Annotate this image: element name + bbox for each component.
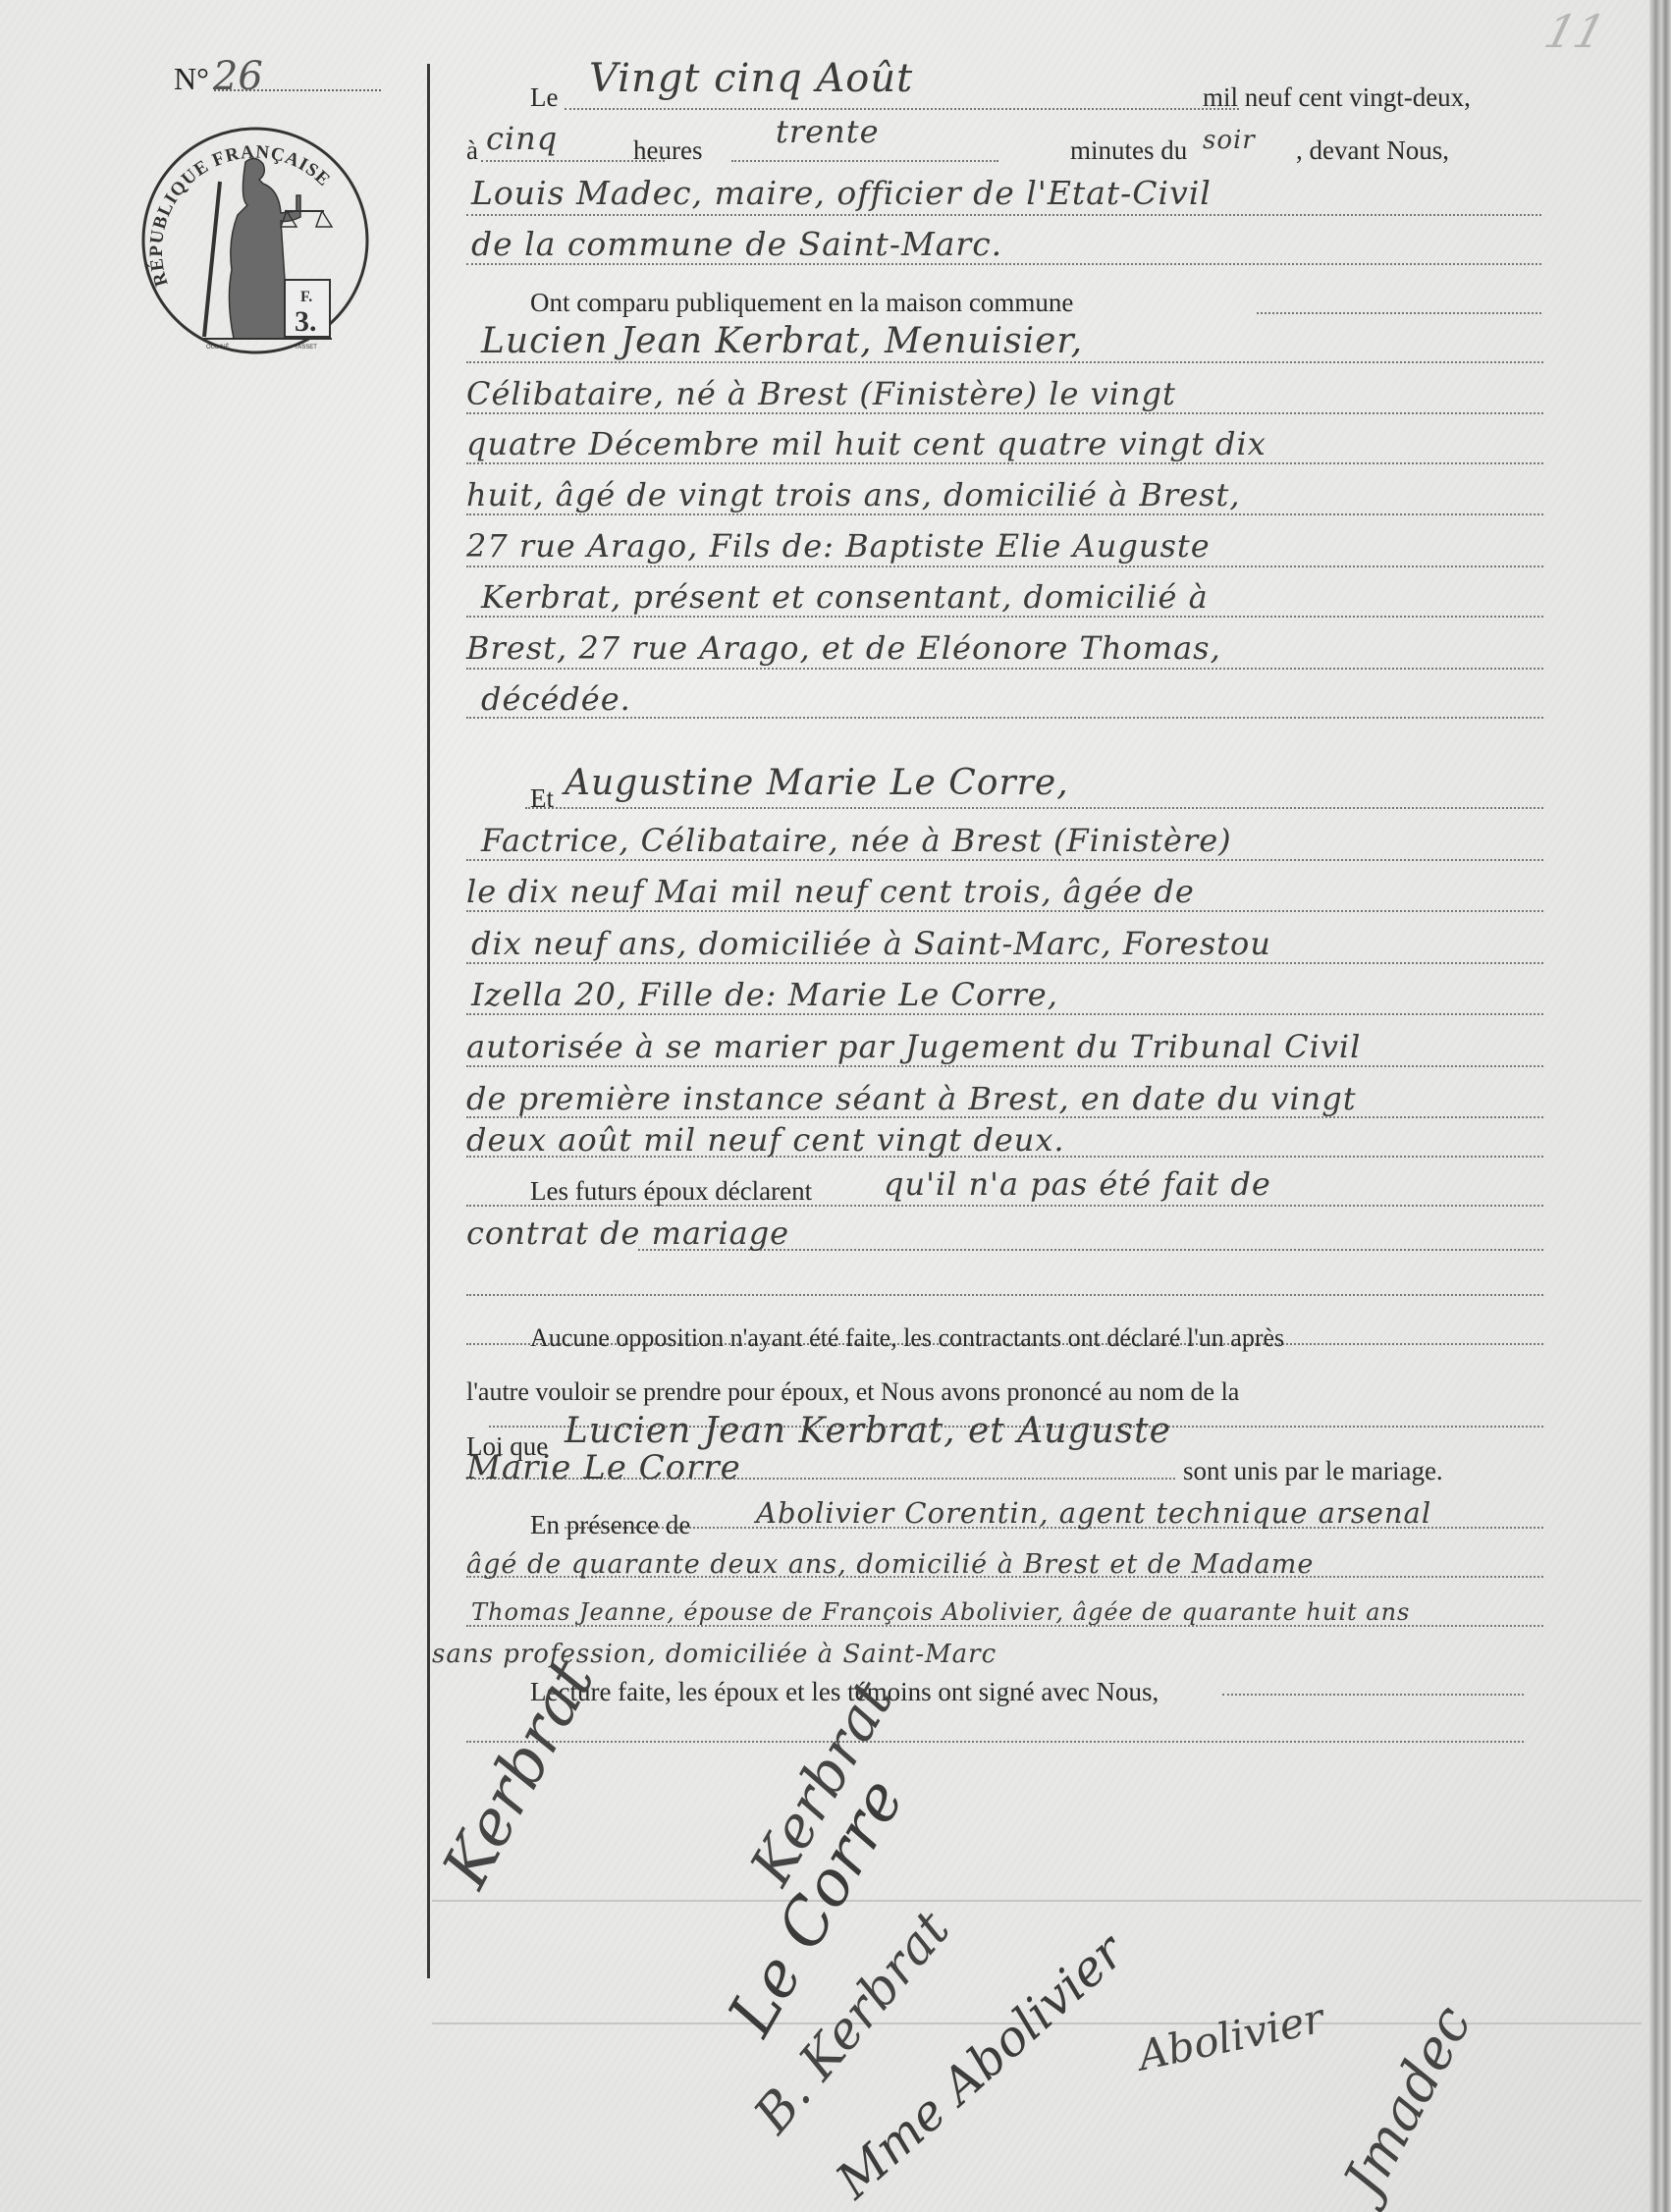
act-number: N°26	[174, 54, 263, 99]
printed-minutes-du: minutes du	[1070, 137, 1187, 164]
printed-sont-unis: sont unis par le mariage.	[1183, 1458, 1443, 1484]
republique-francaise-fiscal-stamp-icon: RÉPUBLIQUE FRANÇAISE F. 3. OUDINÉ TASSET	[137, 123, 373, 358]
ruled-line	[525, 807, 1543, 809]
groom-line: huit, âgé de vingt trois ans, domicilié …	[466, 479, 1241, 511]
witness-line: âgé de quarante deux ans, domicilié à Br…	[466, 1551, 1314, 1578]
bride-line: Augustine Marie Le Corre,	[565, 766, 1069, 801]
groom-line: 27 rue Arago, Fils de: Baptiste Elie Aug…	[466, 530, 1211, 562]
groom-line: décédée.	[481, 683, 631, 715]
svg-text:F.: F.	[300, 289, 312, 305]
hand-date: Vingt cinq Août	[589, 59, 913, 98]
ruled-line	[466, 361, 1543, 363]
bride-line: le dix neuf Mai mil neuf cent trois, âgé…	[466, 876, 1195, 907]
witness-line: Thomas Jeanne, épouse de François Aboliv…	[471, 1600, 1410, 1624]
act-number-label: N°	[174, 61, 209, 96]
hand-contract-1: qu'il n'a pas été fait de	[884, 1168, 1271, 1200]
ruled-line	[466, 263, 1541, 265]
signature-guide-line	[432, 1900, 1642, 1902]
witness-line: Abolivier Corentin, agent technique arse…	[756, 1499, 1431, 1528]
printed-devant-nous: , devant Nous,	[1296, 137, 1449, 164]
ruled-line	[466, 214, 1541, 216]
book-binding-edge	[1649, 0, 1671, 2212]
ruled-line	[466, 962, 1543, 964]
ruled-line	[466, 1741, 1524, 1743]
printed-a: à	[466, 137, 478, 164]
hand-union-2: Marie Le Corre	[466, 1451, 741, 1484]
witness-line: sans profession, domiciliée à Saint-Marc	[432, 1642, 997, 1667]
bride-line: de première instance séant à Brest, en d…	[466, 1083, 1357, 1114]
margin-rule	[427, 64, 430, 1978]
svg-text:OUDINÉ: OUDINÉ	[206, 344, 229, 351]
hand-union-1: Lucien Jean Kerbrat, et Auguste	[565, 1414, 1171, 1449]
ruled-line	[466, 1294, 1543, 1296]
groom-line: Brest, 27 rue Arago, et de Eléonore Thom…	[466, 632, 1221, 664]
hand-minutes: trente	[776, 116, 880, 147]
bride-line: autorisée à se marier par Jugement du Tr…	[466, 1031, 1361, 1062]
act-number-line	[214, 89, 381, 91]
ruled-line	[466, 1013, 1543, 1015]
ruled-line	[731, 160, 998, 162]
groom-line: Célibataire, né à Brest (Finistère) le v…	[466, 378, 1176, 409]
hand-officer-2: de la commune de Saint-Marc.	[471, 228, 1002, 260]
printed-le: Le	[530, 84, 558, 111]
bride-line: Izella 20, Fille de: Marie Le Corre,	[471, 979, 1058, 1010]
bride-line: deux août mil neuf cent vingt deux.	[466, 1124, 1065, 1156]
ruled-line	[466, 412, 1543, 414]
ruled-line	[466, 462, 1543, 464]
ruled-line	[1222, 1694, 1524, 1696]
hand-hours: cinq	[486, 123, 558, 154]
groom-line: quatre Décembre mil huit cent quatre vin…	[466, 428, 1267, 459]
printed-year: mil neuf cent vingt-deux,	[1203, 84, 1471, 111]
printed-no-opposition-2: l'autre vouloir se prendre pour époux, e…	[466, 1379, 1239, 1405]
ruled-line	[466, 668, 1543, 670]
printed-ont-comparu: Ont comparu publiquement en la maison co…	[530, 290, 1073, 316]
hand-period: soir	[1203, 128, 1256, 153]
printed-et: Et	[530, 785, 554, 812]
groom-line: Lucien Jean Kerbrat, Menuisier,	[481, 324, 1083, 359]
hand-contract-2: contrat de mariage	[466, 1217, 789, 1249]
printed-no-opposition-1: Aucune opposition n'ayant été faite, les…	[530, 1325, 1284, 1351]
svg-text:3.: 3.	[295, 305, 317, 338]
ruled-line	[565, 108, 1239, 110]
act-number-value: 26	[213, 54, 263, 99]
ruled-line	[466, 859, 1543, 861]
bride-line: Factrice, Célibataire, née à Brest (Fini…	[481, 825, 1232, 856]
printed-en-presence: En présence de	[530, 1512, 690, 1538]
ruled-line	[466, 566, 1543, 567]
ruled-line	[466, 513, 1543, 515]
ruled-line	[466, 1065, 1543, 1067]
groom-line: Kerbrat, présent et consentant, domicili…	[481, 581, 1209, 613]
printed-futurs-epoux: Les futurs époux déclarent	[530, 1178, 812, 1205]
ruled-line	[1257, 312, 1541, 314]
svg-text:TASSET: TASSET	[295, 345, 317, 351]
printed-heures: heures	[633, 137, 702, 164]
hand-officer-1: Louis Madec, maire, officier de l'Etat-C…	[471, 177, 1212, 209]
ruled-line	[466, 616, 1543, 618]
bride-line: dix neuf ans, domiciliée à Saint-Marc, F…	[471, 928, 1271, 959]
ruled-line	[466, 910, 1543, 912]
